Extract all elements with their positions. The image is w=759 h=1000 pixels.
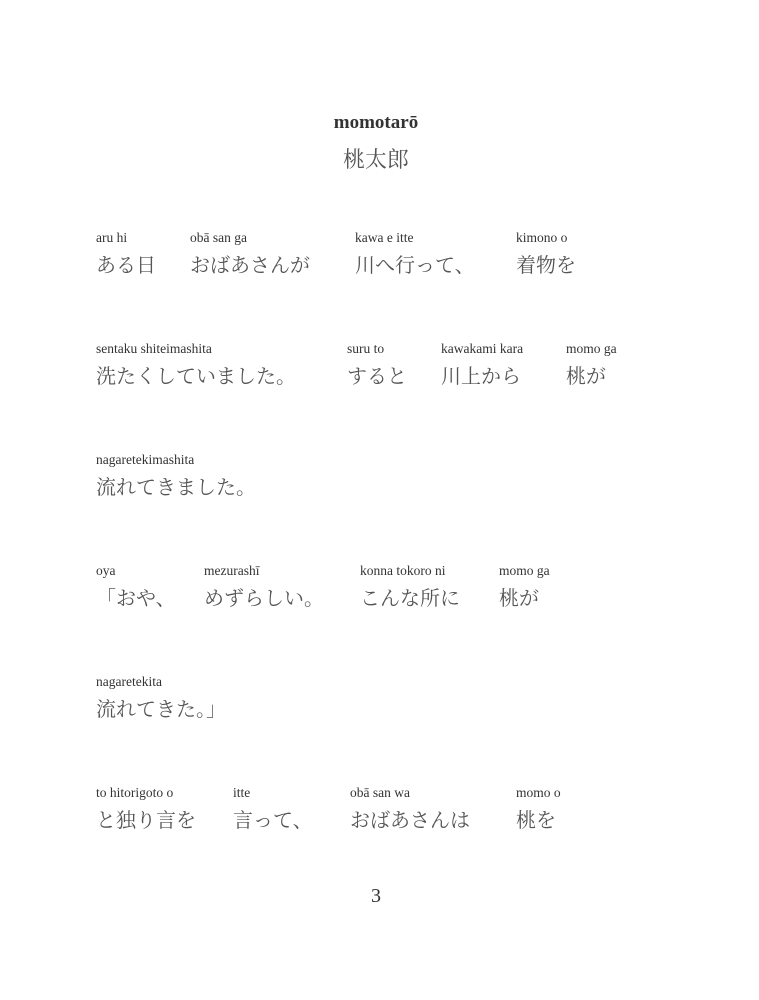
phrase: suru to すると xyxy=(347,341,407,389)
phrase: kimono o 着物を xyxy=(516,230,576,278)
japanese-text: 川上から xyxy=(441,363,523,389)
phrase: obā san ga おばあさんが xyxy=(190,230,310,278)
japanese-text: 川へ行って、 xyxy=(355,252,475,278)
text-line: oya 「おや、 mezurashī めずらしい。 konna tokoro n… xyxy=(0,563,759,623)
page-number: 3 xyxy=(0,885,752,908)
text-line: aru hi ある日 obā san ga おばあさんが kawa e itte… xyxy=(0,230,759,290)
japanese-text: 「おや、 xyxy=(96,585,176,611)
romaji-gloss: nagaretekita xyxy=(96,674,226,690)
phrase: to hitorigoto o と独り言を xyxy=(96,785,196,833)
romaji-gloss: kawakami kara xyxy=(441,341,523,357)
romaji-gloss: nagaretekimashita xyxy=(96,452,256,468)
japanese-text: 流れてきました。 xyxy=(96,474,256,500)
phrase: momo o 桃を xyxy=(516,785,561,833)
phrase: konna tokoro ni こんな所に xyxy=(360,563,460,611)
romaji-gloss: oya xyxy=(96,563,176,579)
text-line: nagaretekimashita 流れてきました。 xyxy=(0,452,759,512)
romaji-gloss: sentaku shiteimashita xyxy=(96,341,296,357)
phrase: itte 言って、 xyxy=(233,785,313,833)
phrase: sentaku shiteimashita 洗たくしていました。 xyxy=(96,341,296,389)
phrase: obā san wa おばあさんは xyxy=(350,785,470,833)
japanese-text: おばあさんが xyxy=(190,252,310,278)
phrase: nagaretekita 流れてきた。」 xyxy=(96,674,226,722)
japanese-text: 桃が xyxy=(499,585,550,611)
japanese-text: おばあさんは xyxy=(350,807,470,833)
phrase: kawakami kara 川上から xyxy=(441,341,523,389)
title-romaji: momotarō xyxy=(0,112,752,134)
phrase: mezurashī めずらしい。 xyxy=(204,563,324,611)
romaji-gloss: obā san wa xyxy=(350,785,470,801)
japanese-text: すると xyxy=(347,363,407,389)
romaji-gloss: momo o xyxy=(516,785,561,801)
romaji-gloss: momo ga xyxy=(499,563,550,579)
romaji-gloss: obā san ga xyxy=(190,230,310,246)
text-line: to hitorigoto o と独り言を itte 言って、 obā san … xyxy=(0,785,759,845)
text-line: sentaku shiteimashita 洗たくしていました。 suru to… xyxy=(0,341,759,401)
phrase: momo ga 桃が xyxy=(499,563,550,611)
phrase: oya 「おや、 xyxy=(96,563,176,611)
romaji-gloss: konna tokoro ni xyxy=(360,563,460,579)
japanese-text: 流れてきた。」 xyxy=(96,696,226,722)
japanese-text: 桃が xyxy=(566,363,617,389)
japanese-text: こんな所に xyxy=(360,585,460,611)
romaji-gloss: kimono o xyxy=(516,230,576,246)
japanese-text: ある日 xyxy=(96,252,156,278)
japanese-text: 洗たくしていました。 xyxy=(96,363,296,389)
romaji-gloss: itte xyxy=(233,785,313,801)
romaji-gloss: mezurashī xyxy=(204,563,324,579)
phrase: momo ga 桃が xyxy=(566,341,617,389)
japanese-text: 桃を xyxy=(516,807,561,833)
text-line: nagaretekita 流れてきた。」 xyxy=(0,674,759,734)
phrase: aru hi ある日 xyxy=(96,230,156,278)
romaji-gloss: to hitorigoto o xyxy=(96,785,196,801)
romaji-gloss: suru to xyxy=(347,341,407,357)
japanese-text: 着物を xyxy=(516,252,576,278)
romaji-gloss: aru hi xyxy=(96,230,156,246)
romaji-gloss: kawa e itte xyxy=(355,230,475,246)
japanese-text: 言って、 xyxy=(233,807,313,833)
japanese-text: と独り言を xyxy=(96,807,196,833)
title-japanese: 桃太郎 xyxy=(0,143,752,174)
japanese-text: めずらしい。 xyxy=(204,585,324,611)
phrase: kawa e itte 川へ行って、 xyxy=(355,230,475,278)
phrase: nagaretekimashita 流れてきました。 xyxy=(96,452,256,500)
romaji-gloss: momo ga xyxy=(566,341,617,357)
